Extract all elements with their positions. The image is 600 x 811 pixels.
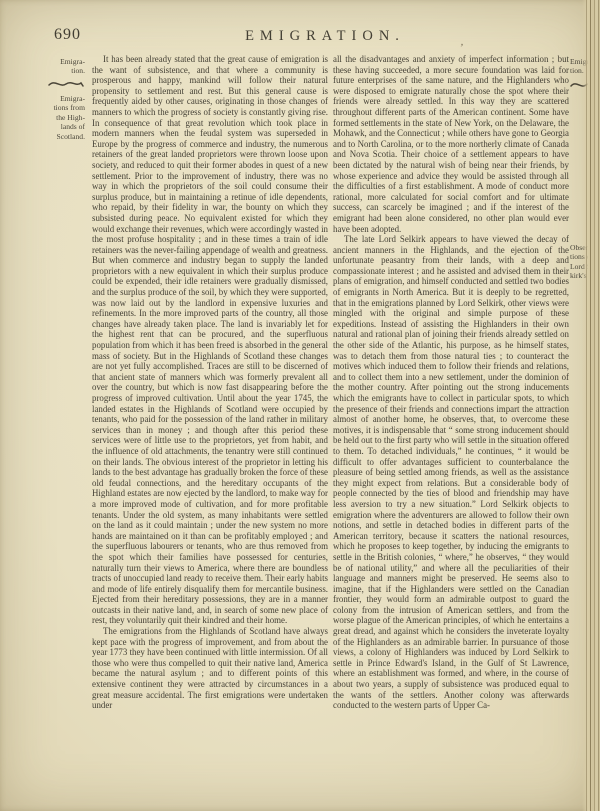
book-page: 690 EMIGRATION. , Emigra- tion. Emigra- … (0, 0, 600, 811)
ink-speck: , (460, 36, 464, 48)
page-binding-edge (582, 0, 600, 811)
margin-squiggle-icon (48, 79, 84, 89)
paragraph: The late Lord Selkirk appears to have vi… (333, 234, 569, 711)
margin-note-emigration-left: Emigra- tion. (6, 57, 85, 76)
page-edge-line (590, 0, 591, 811)
paragraph: It has been already stated that the grea… (92, 54, 328, 626)
paragraph: all the disadvantages and anxiety of imp… (333, 54, 569, 234)
page-edge-line (598, 0, 599, 811)
paragraph: The emigrations from the Highlands of Sc… (92, 626, 328, 711)
column-two: all the disadvantages and anxiety of imp… (333, 54, 569, 711)
page-edge-line (594, 0, 595, 811)
page-edge-line (586, 0, 587, 811)
running-head: EMIGRATION. (70, 28, 580, 45)
margin-note-emigrations-highlands: Emigra- tions from the High- lands of Sc… (6, 94, 85, 141)
column-one: It has been already stated that the grea… (92, 54, 328, 711)
